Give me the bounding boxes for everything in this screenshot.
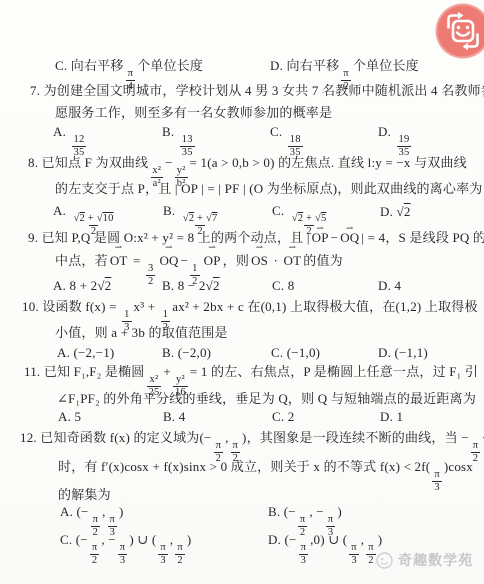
option-9-b: B. 8 − 2√2 (162, 277, 220, 294)
option-11-a: A. 5 (58, 408, 81, 425)
question-10-line-2: 小值，则 a + 3b 的取值范围是 (55, 324, 228, 341)
watermark-logo-icon (376, 552, 393, 569)
watermark: 奇趣数学苑 (376, 550, 473, 570)
option-11-b: B. 4 (163, 408, 185, 425)
option-11-d: D. 1 (380, 408, 403, 425)
question-12-line-2: 时，有 f′(x)cosx + f(x)sinx > 0 成立，则关于 x 的不… (58, 454, 473, 494)
question-8-line-2: 的左支交于点 P，且 | OP | = | PF | (O 为坐标原点)，则此双… (55, 180, 483, 197)
option-12-c: C. (−π2, −π3) ∪ (π3,π2) (60, 527, 191, 567)
option-11-c: C. 2 (272, 408, 294, 425)
exam-page: C. 向右平移π4个单位长度 D. 向右平移π2个单位长度 7. 为创建全国文明… (0, 0, 484, 584)
option-12-d: D. (−π3,0) ∪ (π3,π2) (268, 527, 382, 567)
watermark-text: 奇趣数学苑 (398, 550, 473, 570)
share-smiley-icon (434, 2, 484, 60)
option-8-d: D. √2 (380, 203, 411, 220)
question-11-line-2: ∠F₁PF₂ 的外角平分线的垂线，垂足为 Q，则 Q 与短轴端点的最近距离为 (57, 390, 476, 407)
option-9-c: C. 8 (272, 277, 294, 294)
share-smiley-badge[interactable] (434, 2, 484, 60)
option-9-a: A. 8 + 2√2 (53, 277, 111, 294)
option-9-d: D. 4 (378, 277, 401, 294)
question-7-line-1: 7. 为创建全国文明城市，学校计划从 4 男 3 女共 7 名教师中随机派出 4… (30, 82, 484, 99)
